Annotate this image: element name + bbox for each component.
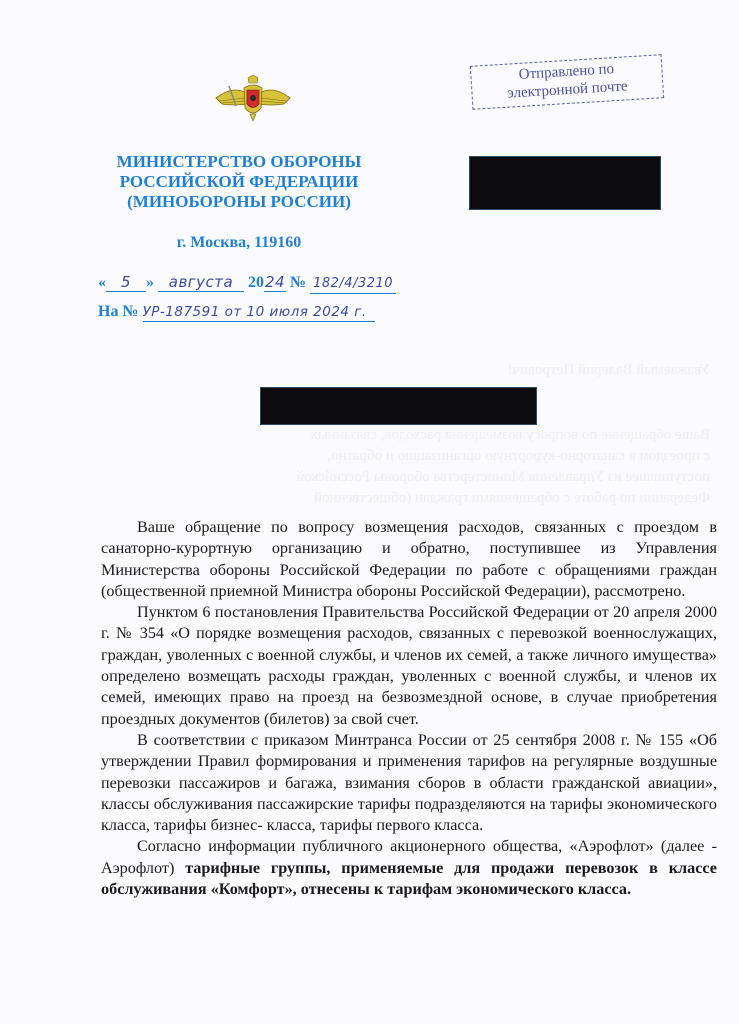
- show-through-line: Федерации по работе с обращениями гражда…: [250, 488, 710, 509]
- ministry-line-3: (МИНОБОРОНЫ РОССИИ): [108, 192, 370, 212]
- outgoing-number: 182/4/3210: [310, 275, 396, 294]
- outgoing-day: 5: [106, 273, 146, 292]
- show-through-line: Ваше обращение по вопросу возмещения рас…: [250, 425, 710, 446]
- paragraph-4: Согласно информации публичного акционерн…: [101, 836, 717, 900]
- ministry-line-2: РОССИЙСКОЙ ФЕДЕРАЦИИ: [108, 172, 370, 192]
- paragraph-4-bold: тарифные группы, применяемые для продажи…: [101, 859, 717, 898]
- in-reply-value: УР-187591 от 10 июля 2024 г.: [143, 303, 375, 322]
- paragraph-1: Ваше обращение по вопросу возмещения рас…: [101, 517, 717, 602]
- document-page: Уважаемый Валерий Петрович! Ваше обращен…: [0, 0, 739, 1024]
- sent-by-email-stamp: Отправлено по электронной почте: [470, 54, 664, 110]
- double-headed-eagle-icon: [214, 74, 292, 122]
- show-through-line: Уважаемый Валерий Петрович!: [250, 360, 710, 381]
- outgoing-reference: «5» августа 2024 № 182/4/3210: [98, 273, 396, 294]
- year-prefix: 20: [248, 274, 264, 291]
- open-quote: «: [98, 274, 106, 291]
- addressee-name-redaction: [260, 387, 537, 425]
- paragraph-2: Пунктом 6 постановления Правительства Ро…: [101, 602, 717, 730]
- city-address: г. Москва, 119160: [108, 234, 370, 252]
- show-through-line: поступившее из Управления Министерства о…: [250, 467, 710, 488]
- number-label: №: [290, 274, 306, 291]
- ministry-line-1: МИНИСТЕРСТВО ОБОРОНЫ: [108, 152, 370, 172]
- paragraph-3: В соответствии с приказом Минтранса Росс…: [101, 730, 717, 836]
- year-suffix: 24: [264, 273, 286, 292]
- show-through-text: Уважаемый Валерий Петрович! Ваше обращен…: [250, 360, 710, 509]
- ministry-name: МИНИСТЕРСТВО ОБОРОНЫ РОССИЙСКОЙ ФЕДЕРАЦИ…: [108, 152, 370, 212]
- close-quote: »: [146, 274, 154, 291]
- incoming-reference: На № УР-187591 от 10 июля 2024 г.: [98, 303, 375, 322]
- in-reply-label: На №: [98, 303, 139, 320]
- show-through-line: с проездом в санаторно-курортную организ…: [250, 446, 710, 467]
- recipient-redaction: [469, 156, 661, 210]
- letter-body: Ваше обращение по вопросу возмещения рас…: [101, 517, 717, 900]
- outgoing-month: августа: [158, 273, 244, 292]
